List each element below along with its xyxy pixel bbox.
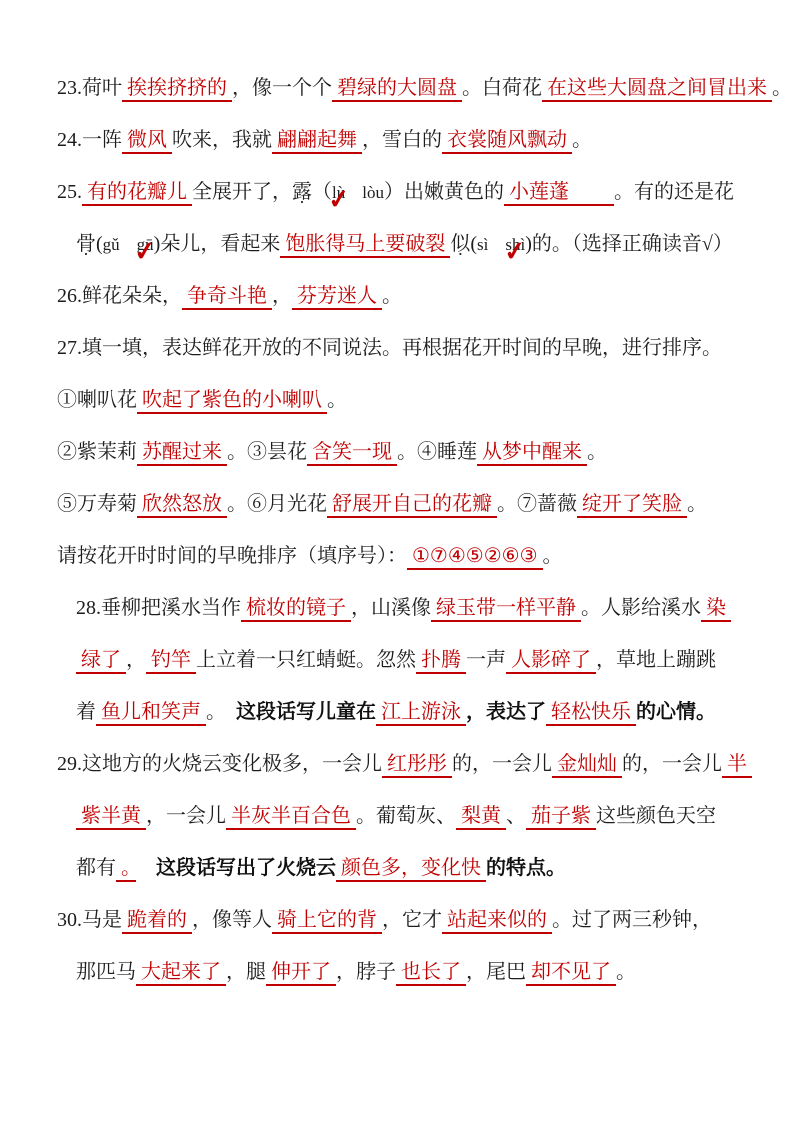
item-27-flowers-5-7: ⑤万寿菊欣然怒放。⑥月光花舒展开自己的花瓣。⑦蔷薇绽开了笑脸。 <box>0 478 793 530</box>
answer-blank-filled: 大起来了 <box>136 961 226 986</box>
emphasis-dot-icon: · <box>299 193 305 211</box>
text-run: ，草地上蹦跳 <box>596 649 716 671</box>
item-26: 26.鲜花朵朵，争奇斗艳，芬芳迷人。 <box>0 270 793 322</box>
item-24: 24.一阵微风吹来，我就翩翩起舞，雪白的衣裳随风飘动。 <box>0 114 793 166</box>
emphasized-char: 骨· <box>76 218 96 270</box>
item-23: 23.荷叶挨挨挤挤的，像一个个碧绿的大圆盘。白荷花在这些大圆盘之间冒出来。 <box>0 62 793 114</box>
answer-blank-filled: 吹起了紫色的小喇叭 <box>137 389 327 414</box>
text-run: 上立着一只红蜻蜓。忽然 <box>196 649 416 671</box>
item-27: 27.填一填，表达鲜花开放的不同说法。再根据花开时间的早晚，进行排序。 <box>0 322 793 374</box>
item-29-line-2: 紫半黄，一会儿半灰半百合色。葡萄灰、梨黄、茄子紫这些颜色天空 <box>0 790 793 842</box>
text-run: ( <box>96 233 103 255</box>
answer-blank-filled: 半灰半百合色 <box>226 805 356 830</box>
bold-text-run: ，表达了 <box>466 701 546 723</box>
answer-blank-filled: 有的花瓣儿 <box>82 181 192 206</box>
emphasis-dot-icon: · <box>83 245 89 263</box>
answer-blank-filled: 鱼儿和笑声 <box>96 701 206 726</box>
item-29-line-1: 29.这地方的火烧云变化极多，一会儿红彤彤的，一会儿金灿灿的，一会儿半 <box>0 738 793 790</box>
text-run: 。有的还是花 <box>614 181 734 203</box>
text-run: ，雪白的 <box>362 129 442 151</box>
text-run: 请按花开时时间的早晚排序（填序号）： <box>57 545 407 567</box>
item-28-line-2: 绿了，钓竿上立着一只红蜻蜓。忽然扑腾一声人影碎了，草地上蹦跳 <box>0 634 793 686</box>
text-run: 25. <box>57 181 82 203</box>
worksheet-page: 23.荷叶挨挨挤挤的，像一个个碧绿的大圆盘。白荷花在这些大圆盘之间冒出来。24.… <box>0 0 793 1122</box>
item-29-line-3: 都有。 这段话写出了火烧云颜色多，变化快的特点。 <box>0 842 793 894</box>
emphasized-char: 似· <box>450 218 470 270</box>
text-run: 那匹马 <box>76 961 136 983</box>
answer-blank-filled: 争奇斗艳 <box>182 285 272 310</box>
item-27-flowers-2-4: ②紫茉莉苏醒过来。③昙花含笑一现。④睡莲从梦中醒来。 <box>0 426 793 478</box>
answer-blank-filled: 舒展开自己的花瓣 <box>327 493 497 518</box>
text-run: 。⑥月光花 <box>227 493 327 515</box>
answer-blank-filled: 金灿灿 <box>552 753 622 778</box>
answer-blank-filled: 半 <box>722 753 752 778</box>
answer-blank-filled: 染 <box>701 597 731 622</box>
answer-blank-filled: 轻松快乐 <box>546 701 636 726</box>
text-run: 24.一阵 <box>57 129 122 151</box>
text-run: ，尾巴 <box>466 961 526 983</box>
text-run: 。 <box>572 129 592 151</box>
text-run: 。 <box>687 493 707 515</box>
answer-blank-filled: 在这些大圆盘之间冒出来 <box>542 77 772 102</box>
text-run: 全展开了， <box>192 181 292 203</box>
text-run: 。过了两三秒钟， <box>552 909 712 931</box>
answer-blank-filled: 伸开了 <box>266 961 336 986</box>
answer-blank-filled: 碧绿的大圆盘 <box>332 77 462 102</box>
answer-blank-filled: 绿玉带一样平静 <box>431 597 581 622</box>
text-run: ，一会儿 <box>146 805 226 827</box>
emphasized-char: 露· <box>292 166 312 218</box>
text-run: 这些颜色天空 <box>596 805 716 827</box>
text-run: ，脖子 <box>336 961 396 983</box>
text-run: 28.垂柳把溪水当作 <box>76 597 241 619</box>
item-27-ordering: 请按花开时时间的早晚排序（填序号）：①⑦④⑤②⑥③。 <box>0 530 793 582</box>
pinyin-option: gǔ <box>103 235 137 254</box>
answer-blank-filled: 小莲蓬 <box>504 181 614 206</box>
text-run: 30.马是 <box>57 909 122 931</box>
answer-blank-filled: 梨黄 <box>456 805 506 830</box>
bold-text-run: 这段话写儿童在 <box>236 701 376 723</box>
answer-blank-filled: 扑腾 <box>416 649 466 674</box>
text-run: 23.荷叶 <box>57 77 122 99</box>
bold-text-run: 这段话写出了火烧云 <box>136 857 336 879</box>
answer-blank-filled: 挨挨挤挤的 <box>122 77 232 102</box>
text-run: ， <box>272 285 292 307</box>
answer-blank-filled: 欣然怒放 <box>137 493 227 518</box>
text-run: 的，一会儿 <box>622 753 722 775</box>
answer-blank-filled: 红彤彤 <box>382 753 452 778</box>
answer-blank-filled: 芬芳迷人 <box>292 285 382 310</box>
correct-check-icon: ✓ <box>133 238 157 266</box>
answer-blank-filled: 茄子紫 <box>526 805 596 830</box>
text-run: 26.鲜花朵朵， <box>57 285 182 307</box>
text-run: 。 <box>543 545 563 567</box>
text-run: ，它才 <box>382 909 442 931</box>
text-run: 。 <box>327 389 347 411</box>
text-run: 29.这地方的火烧云变化极多，一会儿 <box>57 753 382 775</box>
answer-blank-filled: 衣裳随风飘动 <box>442 129 572 154</box>
item-28-line-1: 28.垂柳把溪水当作梳妆的镜子，山溪像绿玉带一样平静。人影给溪水染 <box>0 582 793 634</box>
text-run: ，像等人 <box>192 909 272 931</box>
text-run: 。④睡莲 <box>397 441 477 463</box>
text-run: 着 <box>76 701 96 723</box>
answer-blank-filled: 饱胀得马上要破裂 <box>280 233 450 258</box>
text-run: 。③昙花 <box>227 441 307 463</box>
bold-text-run: 的心情。 <box>636 701 716 723</box>
answer-blank-filled: 含笑一现 <box>307 441 397 466</box>
text-run: )的。（选择正确读音√） <box>525 233 733 255</box>
answer-blank-filled: 。 <box>116 857 136 882</box>
text-run: 。 <box>772 77 792 99</box>
item-25-line-1: 25.有的花瓣儿全展开了，露·（lù✓ lòu）出嫩黄色的小莲蓬 。有的还是花 <box>0 166 793 218</box>
answer-blank-filled: 站起来似的 <box>442 909 552 934</box>
text-run: ， <box>126 649 146 671</box>
pinyin-option: lòu <box>345 183 384 202</box>
emphasis-dot-icon: · <box>457 245 463 263</box>
answer-blank-filled: 紫半黄 <box>76 805 146 830</box>
text-run: )朵儿，看起来 <box>154 233 281 255</box>
pinyin-option-correct: lù✓ <box>332 167 345 219</box>
pinyin-option-correct: gū✓ <box>137 219 154 271</box>
text-run: 。白荷花 <box>462 77 542 99</box>
text-run: 都有 <box>76 857 116 879</box>
pinyin-option-correct: shì✓ <box>505 219 525 271</box>
text-run: 。葡萄灰、 <box>356 805 456 827</box>
answer-blank-filled: 人影碎了 <box>506 649 596 674</box>
text-run: ，像一个个 <box>232 77 332 99</box>
answer-blank-filled: 颜色多，变化快 <box>336 857 486 882</box>
answer-blank-filled: 苏醒过来 <box>137 441 227 466</box>
text-run: ②紫茉莉 <box>57 441 137 463</box>
text-run: ，山溪像 <box>351 597 431 619</box>
answer-blank-filled: 微风 <box>122 129 172 154</box>
text-run: ⑤万寿菊 <box>57 493 137 515</box>
text-run: 。 <box>616 961 636 983</box>
text-run: ( <box>470 233 477 255</box>
answer-blank-filled: 从梦中醒来 <box>477 441 587 466</box>
pinyin-option: sì <box>477 235 505 254</box>
text-run: 。 <box>382 285 402 307</box>
bold-text-run: 的特点。 <box>486 857 566 879</box>
answer-blank-filled: 却不见了 <box>526 961 616 986</box>
text-run: 、 <box>506 805 526 827</box>
item-25-line-2: 骨·(gǔ gū✓)朵儿，看起来饱胀得马上要破裂似·(sì shì✓)的。（选择… <box>0 218 793 270</box>
item-27-flower-1: ①喇叭花吹起了紫色的小喇叭。 <box>0 374 793 426</box>
answer-blank-filled: 钓竿 <box>146 649 196 674</box>
text-run: ①喇叭花 <box>57 389 137 411</box>
text-run: 。人影给溪水 <box>581 597 701 619</box>
answer-blank-filled: 也长了 <box>396 961 466 986</box>
text-run: ）出嫩黄色的 <box>384 181 504 203</box>
text-run: 一声 <box>466 649 506 671</box>
answer-blank-filled: 绿了 <box>76 649 126 674</box>
item-28-line-3: 着鱼儿和笑声。 这段话写儿童在江上游泳，表达了轻松快乐的心情。 <box>0 686 793 738</box>
answer-blank-filled: 骑上它的背 <box>272 909 382 934</box>
answer-blank-filled: ①⑦④⑤②⑥③ <box>407 545 543 570</box>
answer-blank-filled: 江上游泳 <box>376 701 466 726</box>
correct-check-icon: ✓ <box>503 238 527 266</box>
answer-blank-filled: 跪着的 <box>122 909 192 934</box>
text-run: 。 <box>587 441 607 463</box>
text-run: 吹来，我就 <box>172 129 272 151</box>
answer-blank-filled: 绽开了笑脸 <box>577 493 687 518</box>
answer-blank-filled: 翩翩起舞 <box>272 129 362 154</box>
item-30-line-1: 30.马是跪着的，像等人骑上它的背，它才站起来似的。过了两三秒钟， <box>0 894 793 946</box>
text-run: 。 <box>206 701 236 723</box>
text-run: ，腿 <box>226 961 266 983</box>
text-run: 。⑦蔷薇 <box>497 493 577 515</box>
item-30-line-2: 那匹马大起来了，腿伸开了，脖子也长了，尾巴却不见了。 <box>0 946 793 998</box>
text-run: 的，一会儿 <box>452 753 552 775</box>
answer-blank-filled: 梳妆的镜子 <box>241 597 351 622</box>
text-run: （ <box>312 181 332 203</box>
text-run: 27.填一填，表达鲜花开放的不同说法。再根据花开时间的早晚，进行排序。 <box>57 337 722 359</box>
